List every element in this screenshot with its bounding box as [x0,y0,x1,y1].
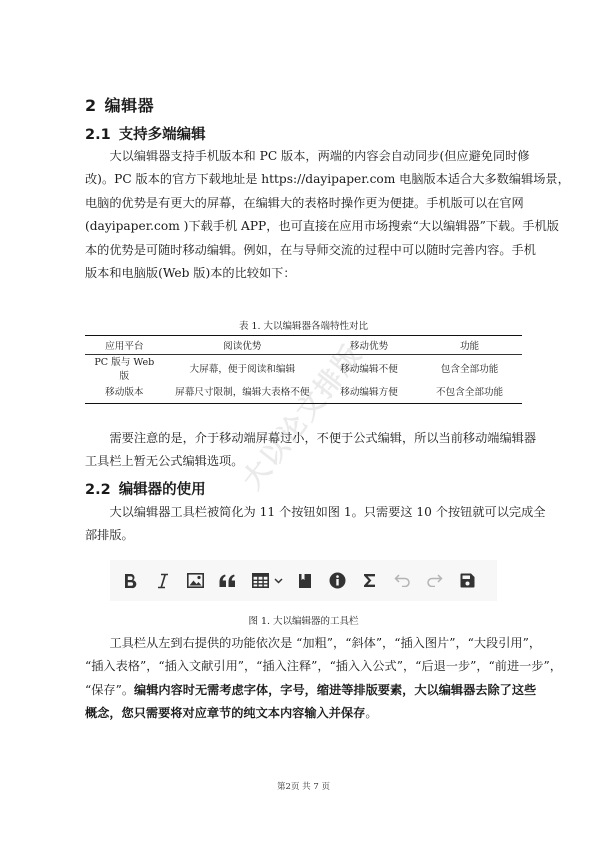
insert-note-button[interactable] [326,570,348,592]
table-header-row: 应用平台 阅读优势 移动优势 功能 [85,336,522,355]
table-icon [252,573,269,588]
bold-button[interactable] [119,570,141,592]
table-cell-mobile: 移动编辑不便 [321,355,417,386]
subsection-heading-2-1: 2.1支持多端编辑 [85,123,206,144]
text-line: 大以编辑器支持手机版本和 PC 版本，两端的内容会自动同步(但应避免同时修 [85,145,522,168]
image-icon [187,573,204,588]
paragraph-note: 需要注意的是，介于移动端屏幕过小，不便于公式编辑，所以当前移动端编辑器 工具栏上… [85,427,522,474]
quote-icon [219,574,236,588]
editor-toolbar [110,560,497,601]
column-header: 阅读优势 [164,336,321,355]
table-cell-platform: 移动版本 [85,385,164,404]
paragraph-toolbar-functions: 工具栏从左到右提供的功能依次是 “加粗”，“斜体”，“插入图片”，“大段引用”，… [85,632,522,726]
info-icon [329,572,346,589]
paragraph-multi-platform: 大以编辑器支持手机版本和 PC 版本，两端的内容会自动同步(但应避免同时修 改)… [85,145,522,285]
text-line: (dayipaper.com )下载手机 APP，也可直接在应用市场搜索“大以编… [85,215,522,238]
italic-button[interactable] [152,570,174,592]
insert-image-button[interactable] [184,570,206,592]
figure-caption: 图 1. 大以编辑器的工具栏 [85,613,522,627]
text-line: 需要注意的是，介于移动端屏幕过小，不便于公式编辑，所以当前移动端编辑器 [85,427,522,450]
table-cell-features: 包含全部功能 [417,355,522,386]
table-cell-reading: 大屏幕，便于阅读和编辑 [164,355,321,386]
cell-text: PC 版与 Web [87,356,162,370]
text-line: 工具栏上暂无公式编辑选项。 [85,450,522,473]
save-button[interactable] [456,570,478,592]
subsection-number: 2.2 [85,482,111,498]
block-quote-button[interactable] [217,570,239,592]
table-caption: 表 1. 大以编辑器各端特性对比 [85,318,522,332]
text-line: “插入表格”，“插入文献引用”，“插入注释”，“插入入公式”，“后退一步”，“前… [85,655,522,678]
redo-button[interactable] [424,570,446,592]
text-line: 大以编辑器工具栏被简化为 11 个按钮如图 1。只需要这 10 个按钮就可以完成… [85,501,522,524]
paragraph-editor-usage: 大以编辑器工具栏被简化为 11 个按钮如图 1。只需要这 10 个按钮就可以完成… [85,501,522,548]
insert-table-button[interactable] [249,570,271,592]
table-row: PC 版与 Web 版 大屏幕，便于阅读和编辑 移动编辑不便 包含全部功能 [85,355,522,386]
italic-icon [156,573,170,589]
column-header: 应用平台 [85,336,164,355]
section-number: 2 [85,96,97,115]
text-line: 工具栏从左到右提供的功能依次是 “加粗”，“斜体”，“插入图片”，“大段引用”， [85,632,522,655]
text-line: 电脑的优势是有更大的屏幕，在编辑大的表格时操作更为便捷。手机版可以在官网 [85,192,522,215]
undo-button[interactable] [391,570,413,592]
section-heading: 2编辑器 [85,93,154,116]
text-line: 本的优势是可随时移动编辑。例如，在与导师交流的过程中可以随时完善内容。手机 [85,239,522,262]
chevron-down-icon [274,578,283,584]
subsection-title: 支持多端编辑 [119,127,206,143]
page-footer: 第2页 共 7 页 [85,780,522,792]
bold-icon [123,573,137,589]
subsection-title: 编辑器的使用 [119,482,206,498]
text-line: 改)。PC 版本的官方下载地址是 https://dayipaper.com 电… [85,168,522,191]
text-bold: 编辑内容时无需考虑字体，字号，缩进等排版要素，大以编辑器去除了这些 [134,683,536,697]
text-line: “保存”。编辑内容时无需考虑字体，字号，缩进等排版要素，大以编辑器去除了这些 [85,679,522,702]
text-bold: 概念，您只需要将对应章节的纯文本内容输入并保存 [85,706,365,720]
cell-text: 版 [87,370,162,384]
text-line: 概念，您只需要将对应章节的纯文本内容输入并保存。 [85,702,522,725]
redo-icon [426,574,443,587]
table-dropdown-toggle[interactable] [274,570,284,592]
text-line: 部排版。 [85,524,522,547]
text-normal: “保存”。 [85,683,134,697]
insert-citation-button[interactable] [294,570,316,592]
comparison-table: 应用平台 阅读优势 移动优势 功能 PC 版与 Web 版 大屏幕，便于阅读和编… [85,335,522,404]
text-normal: 。 [365,706,377,720]
subsection-heading-2-2: 2.2编辑器的使用 [85,478,206,499]
undo-icon [394,574,411,587]
column-header: 功能 [417,336,522,355]
table-cell-mobile: 移动编辑方便 [321,385,417,404]
save-icon [460,573,475,588]
book-icon [298,573,312,589]
text-line: 版本和电脑版(Web 版)本的比较如下： [85,262,522,285]
table-row: 移动版本 屏幕尺寸限制，编辑大表格不便 移动编辑方便 不包含全部功能 [85,385,522,404]
subsection-number: 2.1 [85,127,111,143]
insert-formula-button[interactable] [359,570,381,592]
table-cell-features: 不包含全部功能 [417,385,522,404]
table-cell-platform: PC 版与 Web 版 [85,355,164,386]
sigma-icon [363,573,376,588]
column-header: 移动优势 [321,336,417,355]
section-title: 编辑器 [105,96,155,115]
table-cell-reading: 屏幕尺寸限制，编辑大表格不便 [164,385,321,404]
